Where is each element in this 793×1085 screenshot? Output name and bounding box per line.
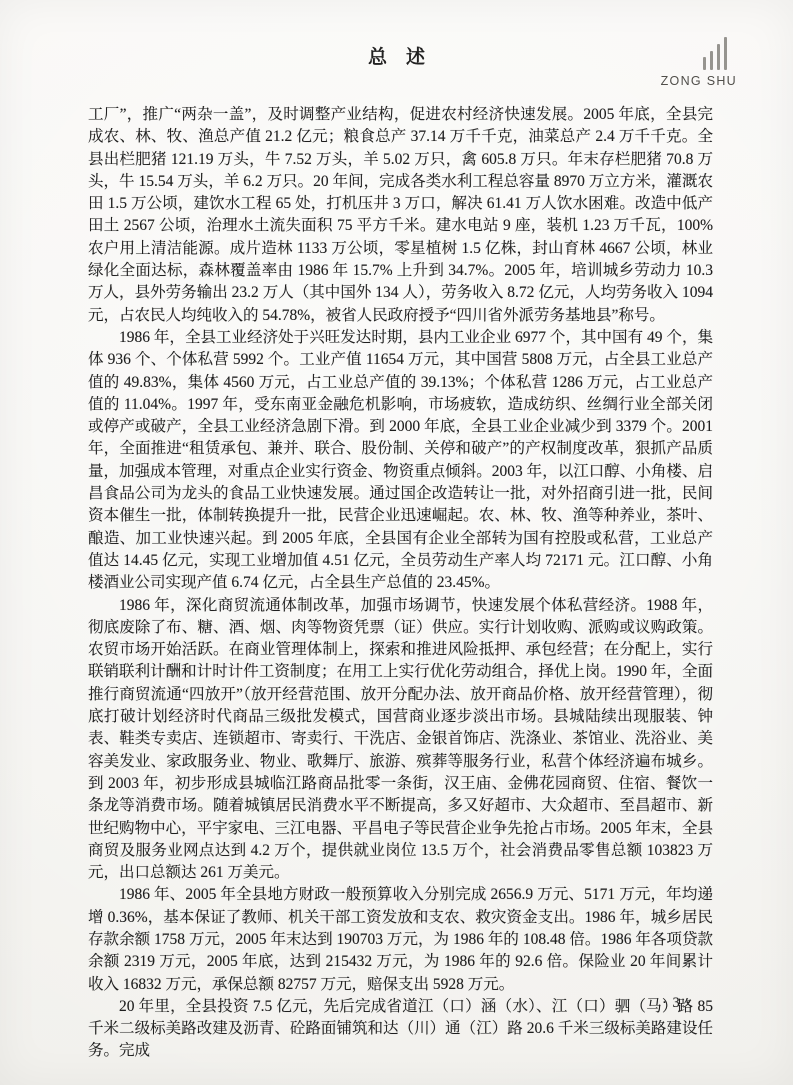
paragraph-finance: 1986 年、2005 年全县地方财政一般预算收入分别完成 2656.9 万元、…	[88, 884, 713, 995]
paragraph-roads: 20 年里，全县投资 7.5 亿元，先后完成省道江（口）涵（水）、江（口）驷（马…	[88, 996, 713, 1063]
logo-bar	[703, 57, 706, 70]
paragraph-commerce: 1986 年，深化商贸流通体制改革，加强市场调节，快速发展个体私营经济。1988…	[88, 595, 713, 885]
logo-caption: ZONG SHU	[641, 74, 737, 88]
scanned-document-page: 总 述 ZONG SHU 工厂”，推广“两杂一盖”，及时调整产业结构，促进农村经…	[0, 0, 793, 1085]
logo-bars-icon	[641, 34, 737, 70]
logo-bar	[710, 51, 713, 70]
paragraph-agriculture: 工厂”，推广“两杂一盖”，及时调整产业结构，促进农村经济快速发展。2005 年底…	[88, 104, 713, 327]
paragraph-industry: 1986 年，全县工业经济处于兴旺发达时期，县内工业企业 6977 个，其中国有…	[88, 327, 713, 595]
page-number: · 3 ·	[662, 995, 691, 1012]
zongshu-logo: ZONG SHU	[641, 34, 737, 88]
body-text: 工厂”，推广“两杂一盖”，及时调整产业结构，促进农村经济快速发展。2005 年底…	[88, 104, 713, 1063]
logo-bar	[724, 37, 727, 70]
logo-bar	[717, 44, 720, 70]
